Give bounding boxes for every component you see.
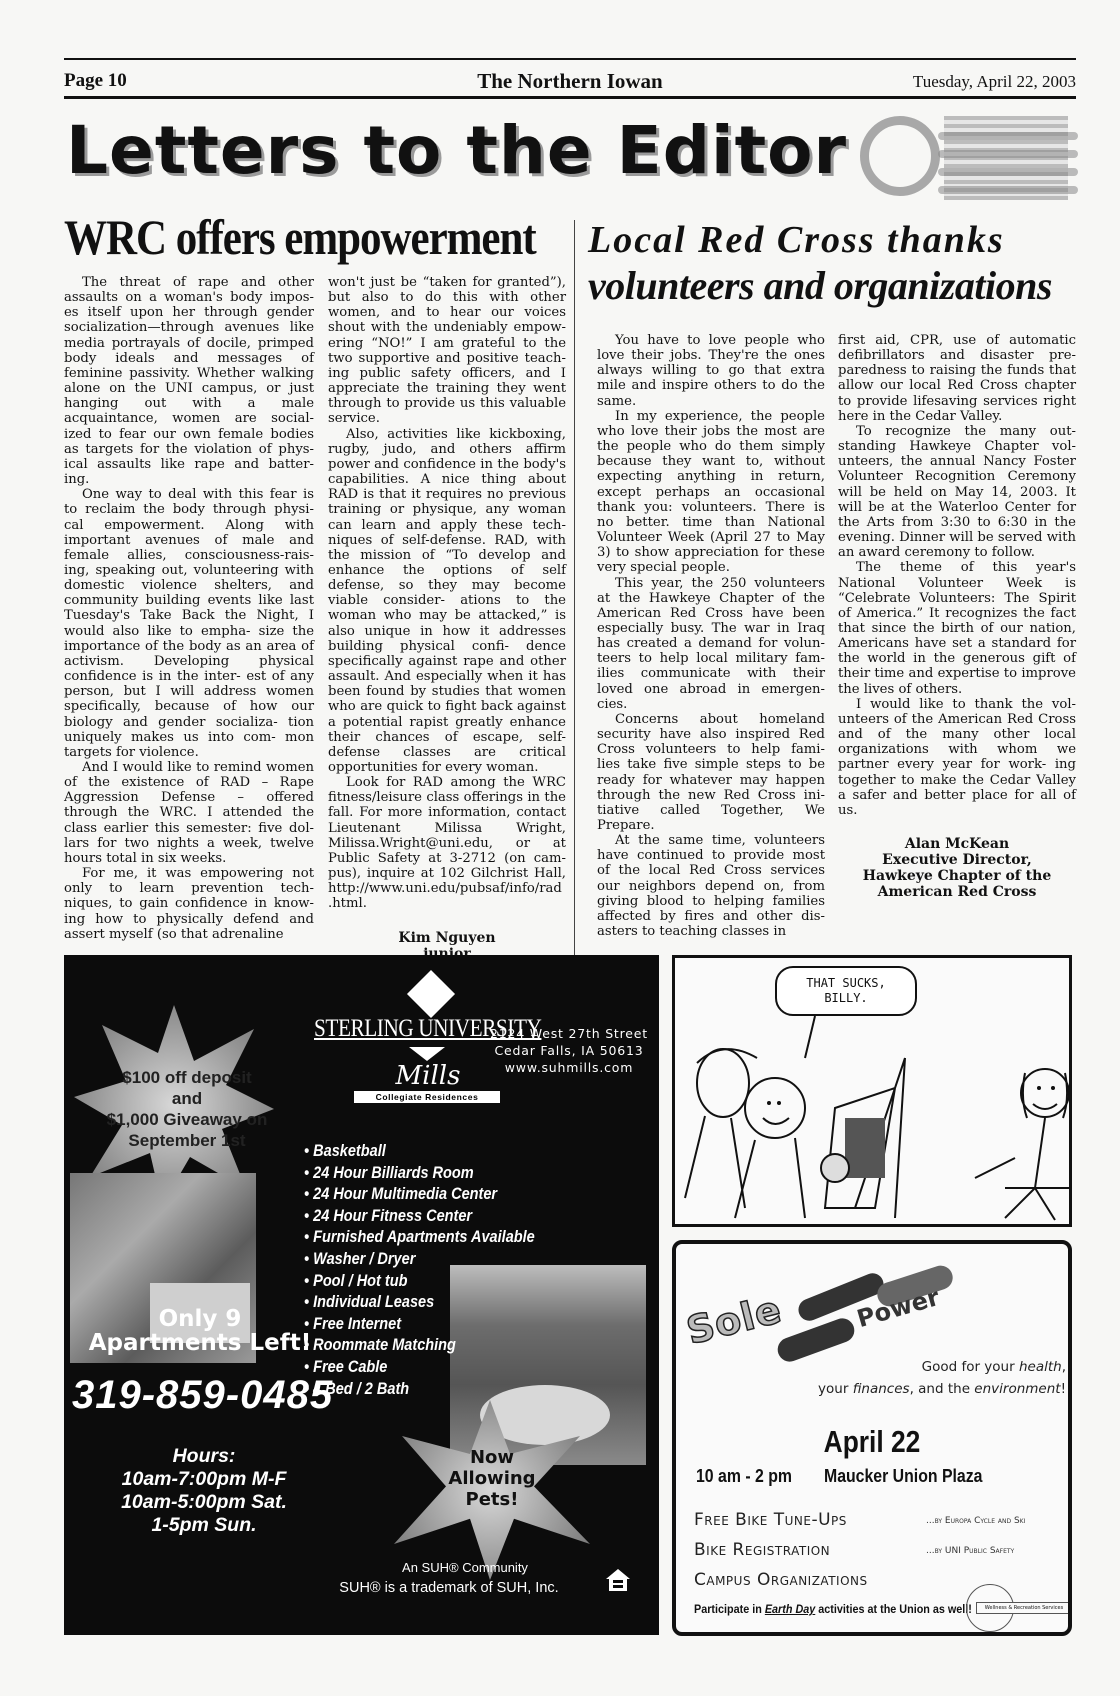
- headline-wrc: WRC offers empowerment: [64, 208, 536, 266]
- website-link[interactable]: www.suhmills.com: [484, 1059, 654, 1076]
- logo-script: Mills: [368, 1061, 488, 1091]
- red-cross-letter-column-2: first aid, CPR, use of automatic defibri…: [838, 333, 1076, 900]
- phone-number: 319-859-0485: [72, 1373, 333, 1418]
- ad-tagline: Good for your health, your finances, and…: [786, 1356, 1066, 1400]
- amenity: Furnished Apartments Available: [304, 1227, 535, 1249]
- cartoon-panel: THAT SUCKS, BILLY.: [672, 955, 1072, 1227]
- signature-org: American Red Cross: [838, 884, 1076, 900]
- cartoon-drawing: [675, 958, 1072, 1227]
- paragraph: The threat of rape and other assaults on…: [64, 275, 314, 487]
- signature-name: Kim Nguyen: [328, 930, 566, 946]
- promo-text: $100 off deposit and $1,000 Giveaway on …: [92, 1067, 282, 1151]
- wrc-letter-column-2: won't just be “taken for granted”), but …: [328, 275, 566, 962]
- amenity: Washer / Dryer: [304, 1249, 535, 1271]
- paragraph: At the same time, volunteers have contin…: [597, 833, 825, 939]
- paragraph: first aid, CPR, use of automatic defibri…: [838, 333, 1076, 424]
- paragraph: For me, it was empowering not only to le…: [64, 866, 314, 942]
- suh-trademark: SUH® is a trademark of SUH, Inc.: [314, 1580, 584, 1596]
- headline-red-cross-line2: volunteers and organizations: [588, 262, 1052, 309]
- service-name: Free Bike Tune-Ups: [694, 1510, 847, 1530]
- issue-date: Tuesday, April 22, 2003: [913, 72, 1076, 92]
- paragraph: And I would like to remind women of the …: [64, 760, 314, 866]
- headline-red-cross-line1: Local Red Cross thanks: [588, 218, 1005, 262]
- amenity: 24 Hour Multimedia Center: [304, 1184, 535, 1206]
- city: Cedar Falls, IA 50613: [484, 1042, 654, 1059]
- paragraph: You have to love people who love their j…: [597, 333, 825, 409]
- paragraph: won't just be “taken for granted”), but …: [328, 275, 566, 427]
- signature-org: Hawkeye Chapter of the: [838, 868, 1076, 884]
- amenity: Pool / Hot tub: [304, 1271, 535, 1293]
- amenity: Free Internet: [304, 1314, 535, 1336]
- amenity: 4 Bed / 2 Bath: [304, 1379, 535, 1401]
- signature-title: Executive Director,: [838, 852, 1076, 868]
- street: 2124 West 27th Street: [484, 1025, 654, 1042]
- amenity: Basketball: [304, 1141, 535, 1163]
- paragraph: Also, activities like kickboxing, rugby,…: [328, 427, 566, 776]
- paragraph: In my experience, the people who love th…: [597, 409, 825, 576]
- event-time: 10 am - 2 pm: [696, 1466, 792, 1487]
- sole-power-ad: Sole Power Good for your health, your fi…: [672, 1240, 1072, 1636]
- wrc-letter-column-1: The threat of rape and other assaults on…: [64, 275, 314, 942]
- event-location: Maucker Union Plaza: [824, 1466, 982, 1487]
- availability-notice: Only 9 Apartments Left!: [70, 1307, 330, 1355]
- masthead-bottom-rule: [64, 96, 1076, 99]
- paragraph: I would like to thank the vol- unteers o…: [838, 697, 1076, 818]
- pets-text: Now Allowing Pets!: [422, 1447, 562, 1510]
- masthead: Page 10 The Northern Iowan Tuesday, Apri…: [64, 62, 1076, 96]
- sole-logo: Sole: [682, 1287, 786, 1353]
- suh-community: An SUH® Community: [350, 1560, 580, 1575]
- amenity: 24 Hour Billiards Room: [304, 1163, 535, 1185]
- paragraph: One way to deal with this fear is to rec…: [64, 487, 314, 760]
- service-name: Campus Organizations: [694, 1570, 868, 1590]
- amenity: Individual Leases: [304, 1292, 535, 1314]
- signature-name: Alan McKean: [838, 836, 1076, 852]
- office-hours: Hours: 10am-7:00pm M-F 10am-5:00pm Sat. …: [94, 1445, 314, 1537]
- paragraph: The theme of this year's National Volunt…: [838, 560, 1076, 696]
- paragraph: This year, the 250 volunteers at the Haw…: [597, 576, 825, 712]
- section-banner: Letters to the Editor: [66, 112, 847, 189]
- logo-diamond-icon: [407, 970, 455, 1018]
- amenity: 24 Hour Fitness Center: [304, 1206, 535, 1228]
- sterling-university-ad: $100 off deposit and $1,000 Giveaway on …: [64, 955, 659, 1635]
- service-provider: ...by UNI Public Safety: [926, 1546, 1014, 1556]
- paragraph: To recognize the many out- standing Hawk…: [838, 424, 1076, 560]
- service-provider: ...by Europa Cycle and Ski: [926, 1516, 1025, 1526]
- event-date: April 22: [705, 1424, 1038, 1460]
- seal-label: Wellness & Recreation Services: [976, 1602, 1072, 1614]
- amenities-list: Basketball 24 Hour Billiards Room 24 Hou…: [304, 1141, 535, 1400]
- paragraph: Concerns about homeland security have al…: [597, 712, 825, 833]
- amenity: Roommate Matching: [304, 1335, 535, 1357]
- logo-tagline: Collegiate Residences: [354, 1091, 500, 1103]
- masthead-top-rule: [64, 58, 1076, 60]
- postage-stamp-icon: [848, 110, 1078, 202]
- equal-housing-icon: [604, 1567, 632, 1595]
- logo-triangle-icon: [409, 1047, 445, 1061]
- earth-day-note: Participate in Earth Day activities at t…: [694, 1602, 972, 1616]
- service-name: Bike Registration: [694, 1540, 830, 1560]
- red-cross-letter-column-1: You have to love people who love their j…: [597, 333, 825, 939]
- amenity: Free Cable: [304, 1357, 535, 1379]
- paragraph: Look for RAD among the WRC fitness/leisu…: [328, 775, 566, 911]
- column-divider: [574, 220, 575, 960]
- ad-address: 2124 West 27th Street Cedar Falls, IA 50…: [484, 1025, 654, 1076]
